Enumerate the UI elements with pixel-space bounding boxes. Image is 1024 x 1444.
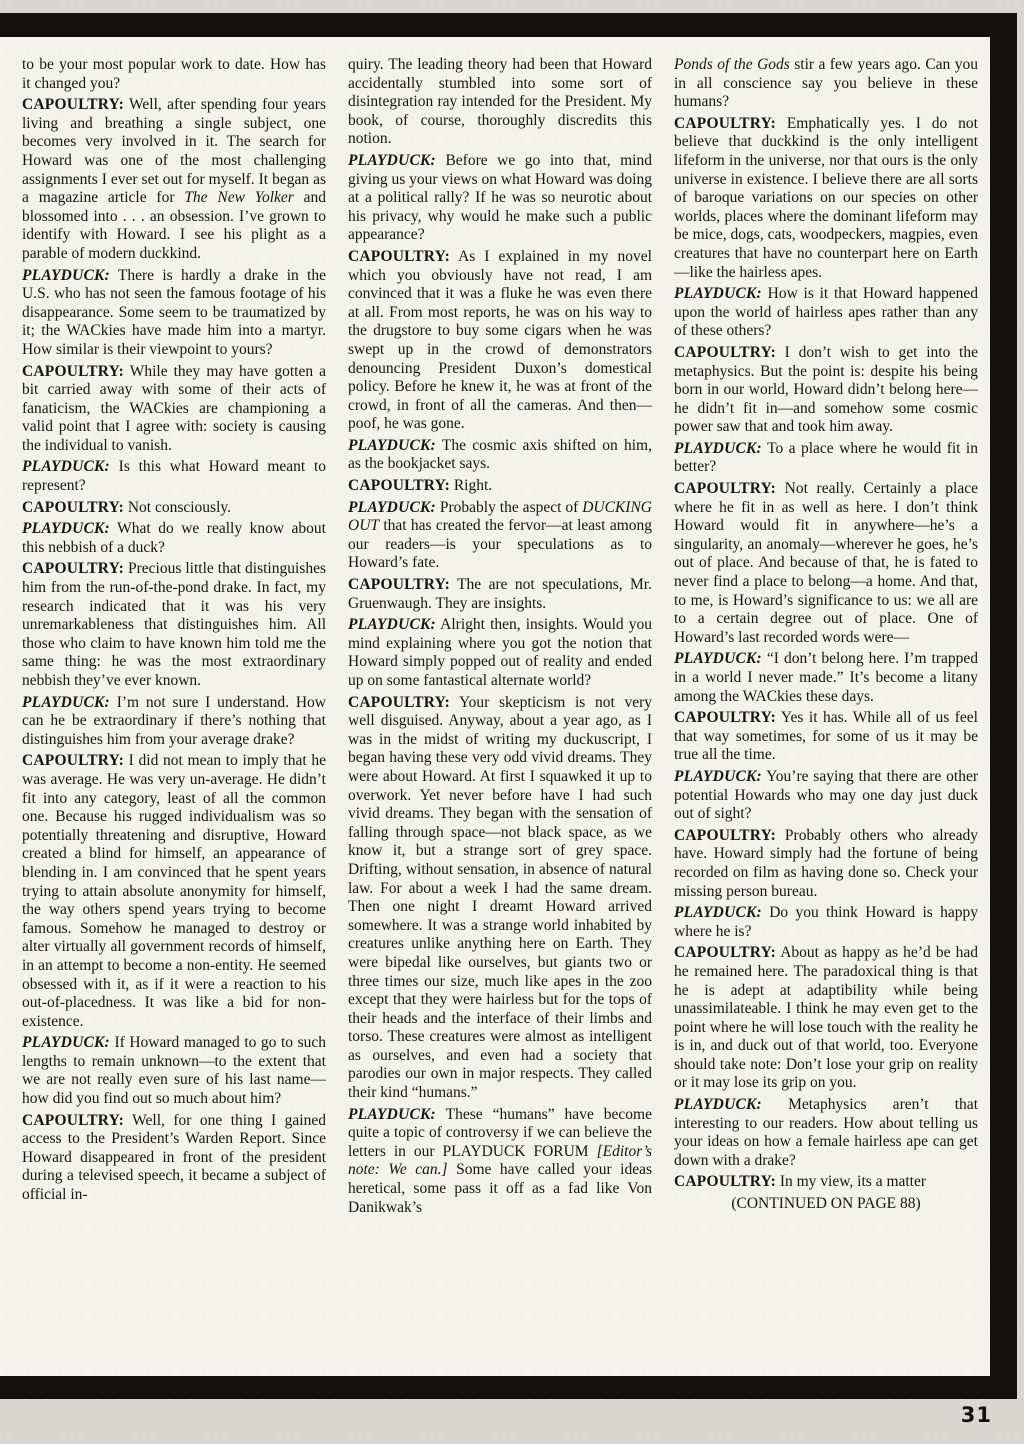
speaker-capoultry-label: CAPOULTRY: xyxy=(22,96,124,113)
speaker-playduck-label: PLAYDUCK: xyxy=(22,458,110,475)
columns: to be your most popular work to date. Ho… xyxy=(22,56,978,1362)
dialogue-paragraph: PLAYDUCK: There is hardly a drake in the… xyxy=(22,267,326,360)
speaker-capoultry-label: CAPOULTRY: xyxy=(22,1112,124,1129)
dialogue-paragraph: PLAYDUCK: Alright then, insights. Would … xyxy=(348,616,652,690)
dialogue-paragraph: PLAYDUCK: Before we go into that, mind g… xyxy=(348,152,652,245)
text-segment: that has created the fervor—at least amo… xyxy=(348,517,652,571)
speaker-capoultry-label: CAPOULTRY: xyxy=(674,115,776,132)
speaker-capoultry-label: CAPOULTRY: xyxy=(348,477,450,494)
dialogue-paragraph: CAPOULTRY: The are not speculations, Mr.… xyxy=(348,576,652,613)
paragraph: (CONTINUED ON PAGE 88) xyxy=(674,1195,978,1214)
speaker-playduck-label: PLAYDUCK: xyxy=(22,1034,110,1051)
magazine-page: { "page": { "background_color": "#d9d7d1… xyxy=(0,0,1024,1444)
speaker-playduck-label: PLAYDUCK: xyxy=(674,285,762,302)
dialogue-paragraph: CAPOULTRY: I don’t wish to get into the … xyxy=(674,344,978,437)
text-segment: Probably the aspect of xyxy=(436,499,582,516)
speaker-playduck-label: PLAYDUCK: xyxy=(674,1096,762,1113)
dialogue-paragraph: CAPOULTRY: Precious little that distingu… xyxy=(22,560,326,690)
text-segment: The New Yolker xyxy=(184,189,293,206)
paragraph: to be your most popular work to date. Ho… xyxy=(22,56,326,93)
dialogue-paragraph: CAPOULTRY: Well, for one thing I gained … xyxy=(22,1112,326,1205)
dialogue-paragraph: PLAYDUCK: To a place where he would fit … xyxy=(674,440,978,477)
dialogue-paragraph: CAPOULTRY: Yes it has. While all of us f… xyxy=(674,709,978,765)
dialogue-paragraph: CAPOULTRY: Right. xyxy=(348,477,652,496)
speaker-playduck-label: PLAYDUCK: xyxy=(348,152,436,169)
text-segment: Right. xyxy=(450,477,492,494)
text-segment: As I explained in my novel which you obv… xyxy=(348,248,652,432)
paragraph: quiry. The leading theory had been that … xyxy=(348,56,652,149)
text-segment: to be your most popular work to date. Ho… xyxy=(22,56,326,92)
speaker-playduck-label: PLAYDUCK: xyxy=(348,1106,436,1123)
speaker-capoultry-label: CAPOULTRY: xyxy=(22,363,124,380)
dialogue-paragraph: CAPOULTRY: About as happy as he’d be had… xyxy=(674,944,978,1093)
dialogue-paragraph: CAPOULTRY: In my view, its a matter xyxy=(674,1173,978,1192)
speaker-capoultry-label: CAPOULTRY: xyxy=(674,344,776,361)
dialogue-paragraph: PLAYDUCK: Is this what Howard meant to r… xyxy=(22,458,326,495)
speaker-capoultry-label: CAPOULTRY: xyxy=(348,248,450,265)
text-segment: quiry. The leading theory had been that … xyxy=(348,56,652,147)
dialogue-paragraph: CAPOULTRY: As I explained in my novel wh… xyxy=(348,248,652,434)
dialogue-paragraph: PLAYDUCK: If Howard managed to go to suc… xyxy=(22,1034,326,1108)
speaker-playduck-label: PLAYDUCK: xyxy=(22,520,110,537)
dialogue-paragraph: PLAYDUCK: Do you think Howard is happy w… xyxy=(674,904,978,941)
speaker-capoultry-label: CAPOULTRY: xyxy=(348,576,450,593)
speaker-capoultry-label: CAPOULTRY: xyxy=(674,944,776,961)
text-column-2: quiry. The leading theory had been that … xyxy=(348,56,652,1362)
text-segment: In my view, its a matter xyxy=(776,1173,926,1190)
dialogue-paragraph: CAPOULTRY: Your skepticism is not very w… xyxy=(348,694,652,1103)
dialogue-paragraph: PLAYDUCK: You’re saying that there are o… xyxy=(674,768,978,824)
dialogue-paragraph: CAPOULTRY: Not really. Certainly a place… xyxy=(674,480,978,647)
dialogue-paragraph: CAPOULTRY: While they may have gotten a … xyxy=(22,363,326,456)
page-number: 31 xyxy=(900,1403,992,1427)
text-segment: Precious little that distinguishes him f… xyxy=(22,560,326,689)
speaker-capoultry-label: CAPOULTRY: xyxy=(674,709,776,726)
dialogue-paragraph: CAPOULTRY: Well, after spending four yea… xyxy=(22,96,326,263)
dialogue-paragraph: CAPOULTRY: I did not mean to imply that … xyxy=(22,752,326,1031)
dialogue-paragraph: PLAYDUCK: Metaphysics aren’t that intere… xyxy=(674,1096,978,1170)
speaker-playduck-label: PLAYDUCK: xyxy=(22,694,110,711)
dialogue-paragraph: CAPOULTRY: Not consciously. xyxy=(22,499,326,518)
dialogue-paragraph: CAPOULTRY: Probably others who already h… xyxy=(674,827,978,901)
dialogue-paragraph: PLAYDUCK: Probably the aspect of DUCKING… xyxy=(348,499,652,573)
speaker-playduck-label: PLAYDUCK: xyxy=(674,768,762,785)
speaker-capoultry-label: CAPOULTRY: xyxy=(674,1173,776,1190)
speaker-capoultry-label: CAPOULTRY: xyxy=(22,752,124,769)
text-segment: Ponds of the Gods xyxy=(674,56,790,73)
bottom-border-bar xyxy=(0,1376,1017,1399)
speaker-capoultry-label: CAPOULTRY: xyxy=(22,499,124,516)
speaker-playduck-label: PLAYDUCK: xyxy=(674,440,762,457)
text-column-1: to be your most popular work to date. Ho… xyxy=(22,56,326,1362)
speaker-playduck-label: PLAYDUCK: xyxy=(674,904,762,921)
speaker-playduck-label: PLAYDUCK: xyxy=(348,499,436,516)
speaker-playduck-label: PLAYDUCK: xyxy=(348,437,436,454)
dialogue-paragraph: PLAYDUCK: These “humans” have become qui… xyxy=(348,1106,652,1218)
text-segment: (CONTINUED ON PAGE 88) xyxy=(731,1195,920,1212)
dialogue-paragraph: PLAYDUCK: “I don’t belong here. I’m trap… xyxy=(674,650,978,706)
dialogue-paragraph: PLAYDUCK: I’m not sure I understand. How… xyxy=(22,694,326,750)
speaker-capoultry-label: CAPOULTRY: xyxy=(674,827,776,844)
text-segment: Not consciously. xyxy=(124,499,231,516)
speaker-playduck-label: PLAYDUCK: xyxy=(22,267,110,284)
text-segment: About as happy as he’d be had he remaine… xyxy=(674,944,978,1091)
dialogue-paragraph: PLAYDUCK: The cosmic axis shifted on him… xyxy=(348,437,652,474)
text-segment: Your skepticism is not very well disguis… xyxy=(348,694,652,1101)
top-border-bar xyxy=(0,13,1017,37)
speaker-capoultry-label: CAPOULTRY: xyxy=(22,560,124,577)
right-border-bar xyxy=(990,13,1017,1399)
text-segment: Not really. Certainly a place where he f… xyxy=(674,480,978,646)
dialogue-paragraph: CAPOULTRY: Emphatically yes. I do not be… xyxy=(674,115,978,282)
text-column-3: Ponds of the Gods stir a few years ago. … xyxy=(674,56,978,1362)
paragraph: Ponds of the Gods stir a few years ago. … xyxy=(674,56,978,112)
dialogue-paragraph: PLAYDUCK: What do we really know about t… xyxy=(22,520,326,557)
speaker-playduck-label: PLAYDUCK: xyxy=(348,616,436,633)
dialogue-paragraph: PLAYDUCK: How is it that Howard happened… xyxy=(674,285,978,341)
text-segment: I did not mean to imply that he was aver… xyxy=(22,752,326,1029)
speaker-capoultry-label: CAPOULTRY: xyxy=(348,694,450,711)
text-segment: Emphatically yes. I do not believe that … xyxy=(674,115,978,281)
speaker-capoultry-label: CAPOULTRY: xyxy=(674,480,776,497)
speaker-playduck-label: PLAYDUCK: xyxy=(674,650,762,667)
